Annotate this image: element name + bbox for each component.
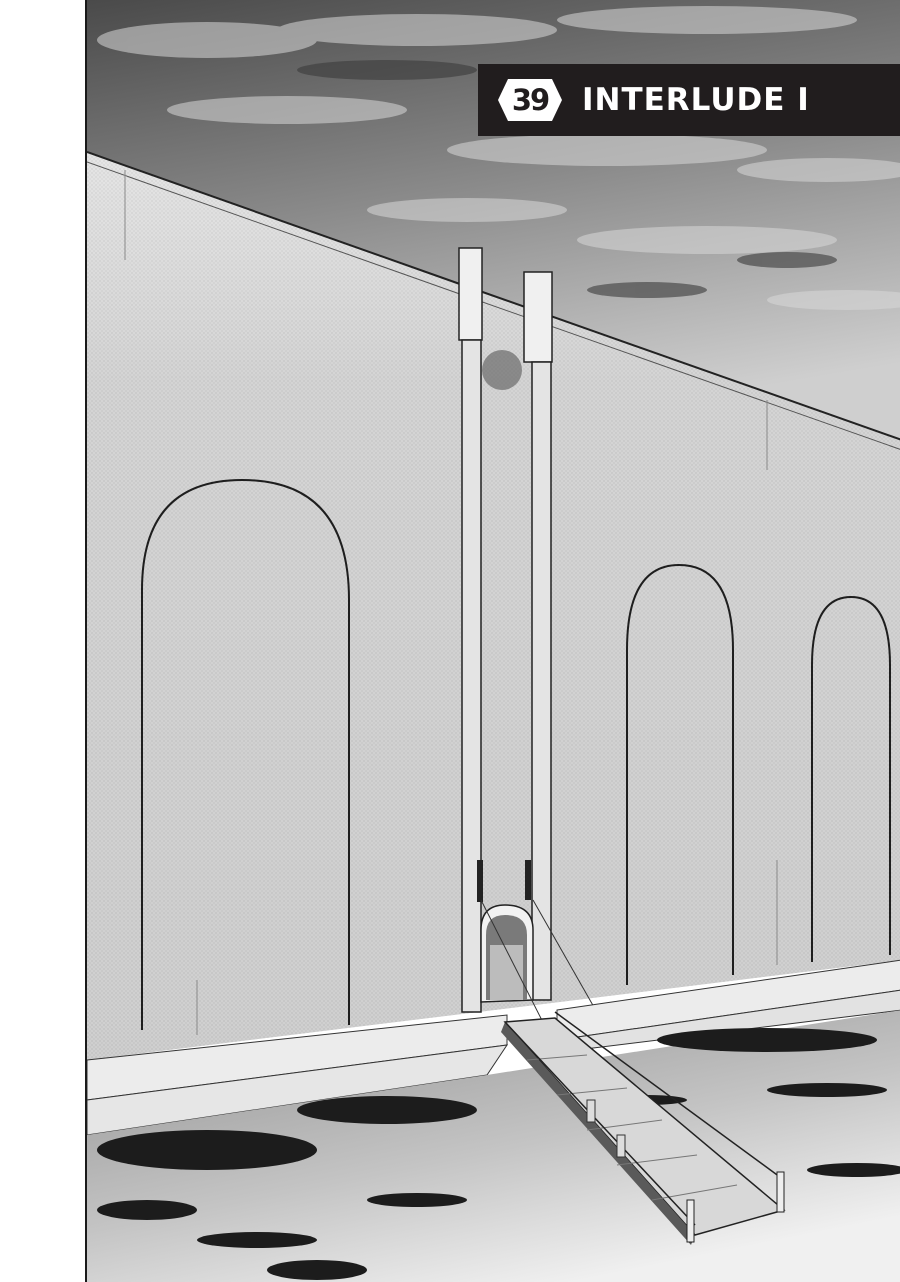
round-vent	[482, 350, 522, 390]
page-margin	[0, 0, 85, 1282]
scene-artwork	[87, 0, 900, 1282]
illustration-panel	[85, 0, 900, 1282]
chapter-number: 39	[496, 77, 564, 123]
chapter-title-banner: 39 INTERLUDE I	[478, 64, 900, 136]
chapter-title: INTERLUDE I	[582, 82, 810, 118]
chapter-number-badge: 39	[496, 77, 564, 123]
